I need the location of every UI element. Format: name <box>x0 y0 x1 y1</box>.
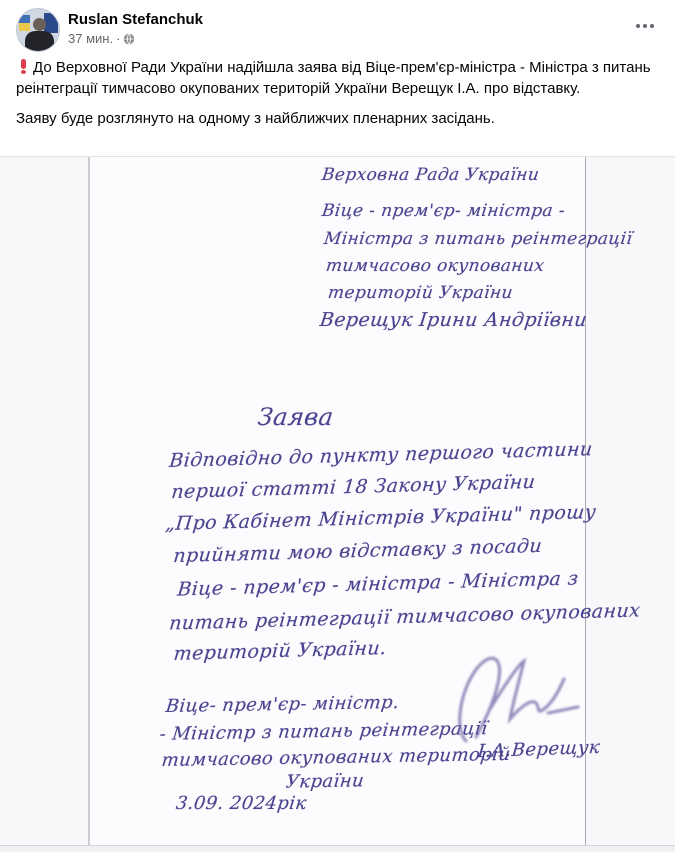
post-text-1: До Верховної Ради України надійшла заява… <box>16 59 651 97</box>
post-meta[interactable]: 37 мин. · <box>68 31 135 46</box>
post-paragraph-2: Заяву буде розглянуто на одному з найбли… <box>16 108 659 129</box>
author-name[interactable]: Ruslan Stefanchuk <box>68 11 203 28</box>
post-header: Ruslan Stefanchuk 37 мин. · <box>0 0 675 56</box>
letter-recipient-line: територій України <box>327 283 514 303</box>
signature-name: І.А.Верещук <box>477 737 601 762</box>
letter-recipient-line: тимчасово окупованих <box>325 256 546 276</box>
letter-recipient-line: Міністра з питань реінтеграції <box>323 229 634 249</box>
letter-recipient-line: Верещук Ірини Андріївни <box>319 309 589 331</box>
letter-signer-line: Віце- прем'єр- міністр. <box>165 692 401 717</box>
handwritten-signature <box>452 649 584 749</box>
avatar[interactable] <box>16 8 60 52</box>
ukraine-flag-decoration <box>19 15 30 31</box>
post-paragraph-1: До Верховної Ради України надійшла заява… <box>16 57 659 99</box>
globe-public-icon <box>123 33 135 45</box>
letter-signer-line: України <box>285 770 365 792</box>
letter-date: 3.09. 2024рік <box>175 793 308 814</box>
attached-photo-letter[interactable]: Верховна Рада України Віце - прем'єр- мі… <box>0 156 675 845</box>
avatar-person <box>33 18 46 31</box>
red-exclamation-icon <box>16 59 30 74</box>
letter-title: Заява <box>256 403 335 431</box>
letter-recipient-line: Верховна Рада України <box>321 165 541 185</box>
letter-recipient-line: Віце - прем'єр- міністра - <box>321 201 566 221</box>
eu-flag-decoration <box>44 13 58 33</box>
post-body: До Верховної Ради України надійшла заява… <box>16 57 659 129</box>
photo-bottom-edge <box>0 845 675 852</box>
more-options-button[interactable] <box>629 10 661 42</box>
timestamp[interactable]: 37 мин. <box>68 31 113 46</box>
more-options-icon <box>636 24 640 28</box>
